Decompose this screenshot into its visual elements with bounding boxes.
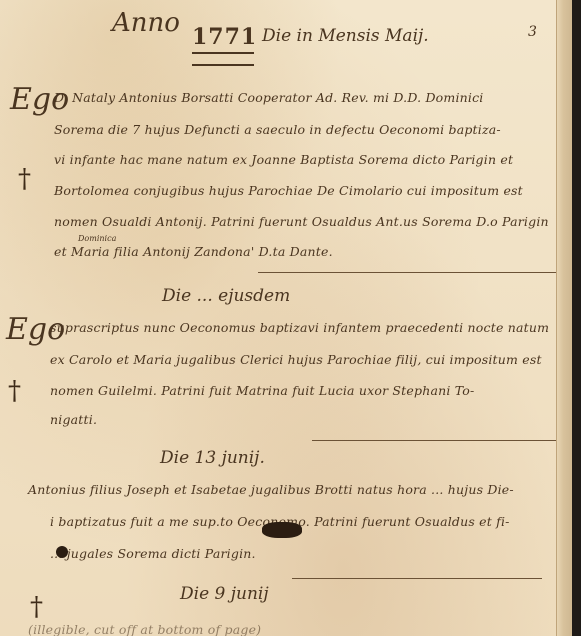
register-page: Anno 1771 Die in Mensis Maij. 3 Ego D. N…	[0, 0, 572, 636]
cross-mark-icon: †	[30, 592, 43, 622]
ink-blot	[56, 546, 68, 558]
entry-2-line-1: suprascriptus nunc Oeconomus baptizavi i…	[50, 320, 549, 335]
bottom-margin	[0, 636, 585, 644]
entry-1-line-3: vi infante hac mane natum ex Joanne Bapt…	[54, 152, 513, 167]
entry-1-interlinear-note: Dominica	[78, 234, 116, 243]
cross-mark-icon: †	[8, 376, 21, 406]
entry-1-line-4: Bortolomea conjugibus hujus Parochiae De…	[54, 183, 523, 198]
page-binding	[556, 0, 572, 636]
page-number: 3	[528, 24, 537, 40]
entry-1-line-6: et Maria filia Antonij Zandona' D.ta Dan…	[54, 244, 333, 259]
entry-2-heading: Die ... ejusdem	[162, 286, 290, 306]
entry-divider	[258, 272, 563, 273]
entry-2-line-3: nomen Guilelmi. Patrini fuit Matrina fui…	[50, 383, 474, 398]
entry-2-line-2: ex Carolo et Maria jugalibus Clerici huj…	[50, 352, 542, 367]
anno-label: Anno	[112, 8, 180, 38]
ink-blot	[262, 522, 302, 538]
entry-3-line-3: ... jugales Sorema dicti Parigin.	[50, 546, 256, 561]
cross-mark-icon: †	[18, 164, 31, 194]
entry-4-heading: Die 9 junij	[180, 584, 269, 604]
entry-divider	[292, 578, 542, 579]
entry-1-line-2: Sorema die 7 hujus Defuncti a saeculo in…	[54, 122, 501, 137]
entry-3-heading: Die 13 junij.	[160, 448, 265, 468]
entry-2-line-4: nigatti.	[50, 412, 97, 427]
entry-1-line-1: D. Nataly Antonius Borsatti Cooperator A…	[54, 90, 484, 105]
entry-divider	[312, 440, 560, 441]
header-anno: Anno	[112, 8, 180, 38]
header-year: 1771	[192, 24, 257, 50]
entry-3-line-1: Antonius filius Joseph et Isabetae jugal…	[28, 482, 514, 497]
year-flourish	[192, 52, 254, 66]
entry-4-line-1: (illegible, cut off at bottom of page)	[28, 622, 261, 636]
entry-1-line-5: nomen Osualdi Antonij. Patrini fuerunt O…	[54, 214, 549, 229]
book-edge	[572, 0, 581, 636]
header-date: Die in Mensis Maij.	[262, 26, 429, 46]
